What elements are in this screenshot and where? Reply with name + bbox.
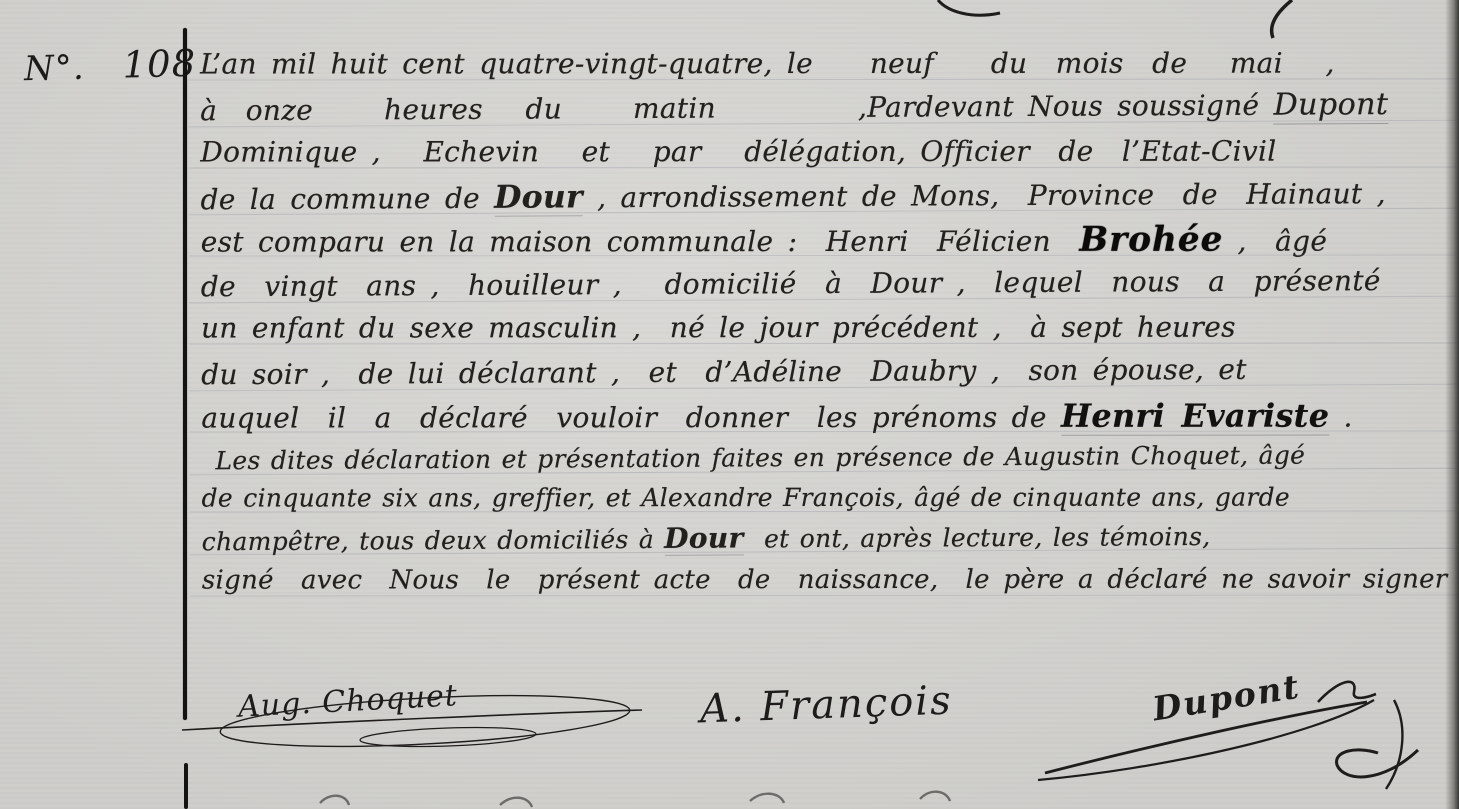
commune-name: Dour xyxy=(494,179,583,216)
record-number: N°.108 xyxy=(23,42,196,89)
commune-name: Dour xyxy=(664,521,743,555)
father-surname: Brohée xyxy=(1079,220,1223,260)
line-text: Les dites déclaration et présentation fa… xyxy=(215,440,1305,475)
act-text: L’an mil huit cent quatre-vingt-quatre, … xyxy=(200,40,1452,604)
line-text: , âgé xyxy=(1223,225,1327,258)
stray-strokes-top xyxy=(900,0,1320,42)
record-line: Les dites déclaration et présentation fa… xyxy=(201,435,1451,482)
signature-dupont: Dupont xyxy=(1150,667,1303,729)
line-text: de la commune de xyxy=(200,182,494,217)
record-line: L’an mil huit cent quatre-vingt-quatre, … xyxy=(200,41,1450,86)
line-text: un enfant du sexe masculin , né le jour … xyxy=(201,311,1236,345)
line-text: auquel il a déclaré vouloir donner les p… xyxy=(201,401,1061,435)
next-record-fragment xyxy=(190,786,1110,809)
record-number-label: N°. xyxy=(24,48,86,90)
signature-francois: A. François xyxy=(699,678,953,733)
child-given-names: Henri Evariste xyxy=(1061,397,1329,436)
register-page-scan: N°.108 L’an mil huit cent quatre-vingt-q… xyxy=(0,0,1459,809)
margin-rule xyxy=(183,28,187,720)
margin-rule-next-record xyxy=(184,763,188,809)
record-line: de vingt ans , houilleur , domicilié à D… xyxy=(201,259,1451,310)
signature-choquet: Aug. Choquet xyxy=(237,678,458,724)
record-line: de cinquante six ans, greffier, et Alexa… xyxy=(202,477,1452,518)
line-text: est comparu en la maison communale : Hen… xyxy=(201,225,1080,259)
stray-flourish-bottom-right xyxy=(1320,738,1445,790)
record-line: Dominique , Echevin et par délégation, O… xyxy=(200,129,1450,174)
line-text: de cinquante six ans, greffier, et Alexa… xyxy=(202,483,1290,513)
line-text: de vingt ans , houilleur , domicilié à D… xyxy=(201,264,1381,303)
line-text: , arrondissement de Mons, Province de Ha… xyxy=(583,177,1386,214)
line-text: et ont, après lecture, les témoins, xyxy=(743,522,1210,553)
record-line: à onze heures du matin ,Pardevant Nous s… xyxy=(200,83,1450,134)
record-line: champêtre, tous deux domiciliés à Dour e… xyxy=(202,515,1452,562)
line-text: du soir , de lui déclarant , et d’Adélin… xyxy=(201,353,1247,391)
line-text: champêtre, tous deux domiciliés à xyxy=(202,525,665,556)
line-text: à onze heures du matin ,Pardevant Nous s… xyxy=(200,89,1273,128)
officiant-surname: Dupont xyxy=(1273,87,1388,125)
record-line: signé avec Nous le présent acte de naiss… xyxy=(202,557,1452,602)
record-line: de la commune de Dour , arrondissement d… xyxy=(200,171,1450,222)
line-text: L’an mil huit cent quatre-vingt-quatre, … xyxy=(200,47,1335,81)
record-line: est comparu en la maison communale : Hen… xyxy=(201,217,1451,262)
page-edge-shadow xyxy=(1445,0,1459,809)
line-text: signé avec Nous le présent acte de naiss… xyxy=(202,564,1459,595)
record-line: du soir , de lui déclarant , et d’Adélin… xyxy=(201,347,1451,398)
line-text: . xyxy=(1329,401,1352,434)
line-text: Dominique , Echevin et par délégation, O… xyxy=(200,135,1276,169)
record-line: auquel il a déclaré vouloir donner les p… xyxy=(201,393,1451,438)
record-line: un enfant du sexe masculin , né le jour … xyxy=(201,305,1451,350)
